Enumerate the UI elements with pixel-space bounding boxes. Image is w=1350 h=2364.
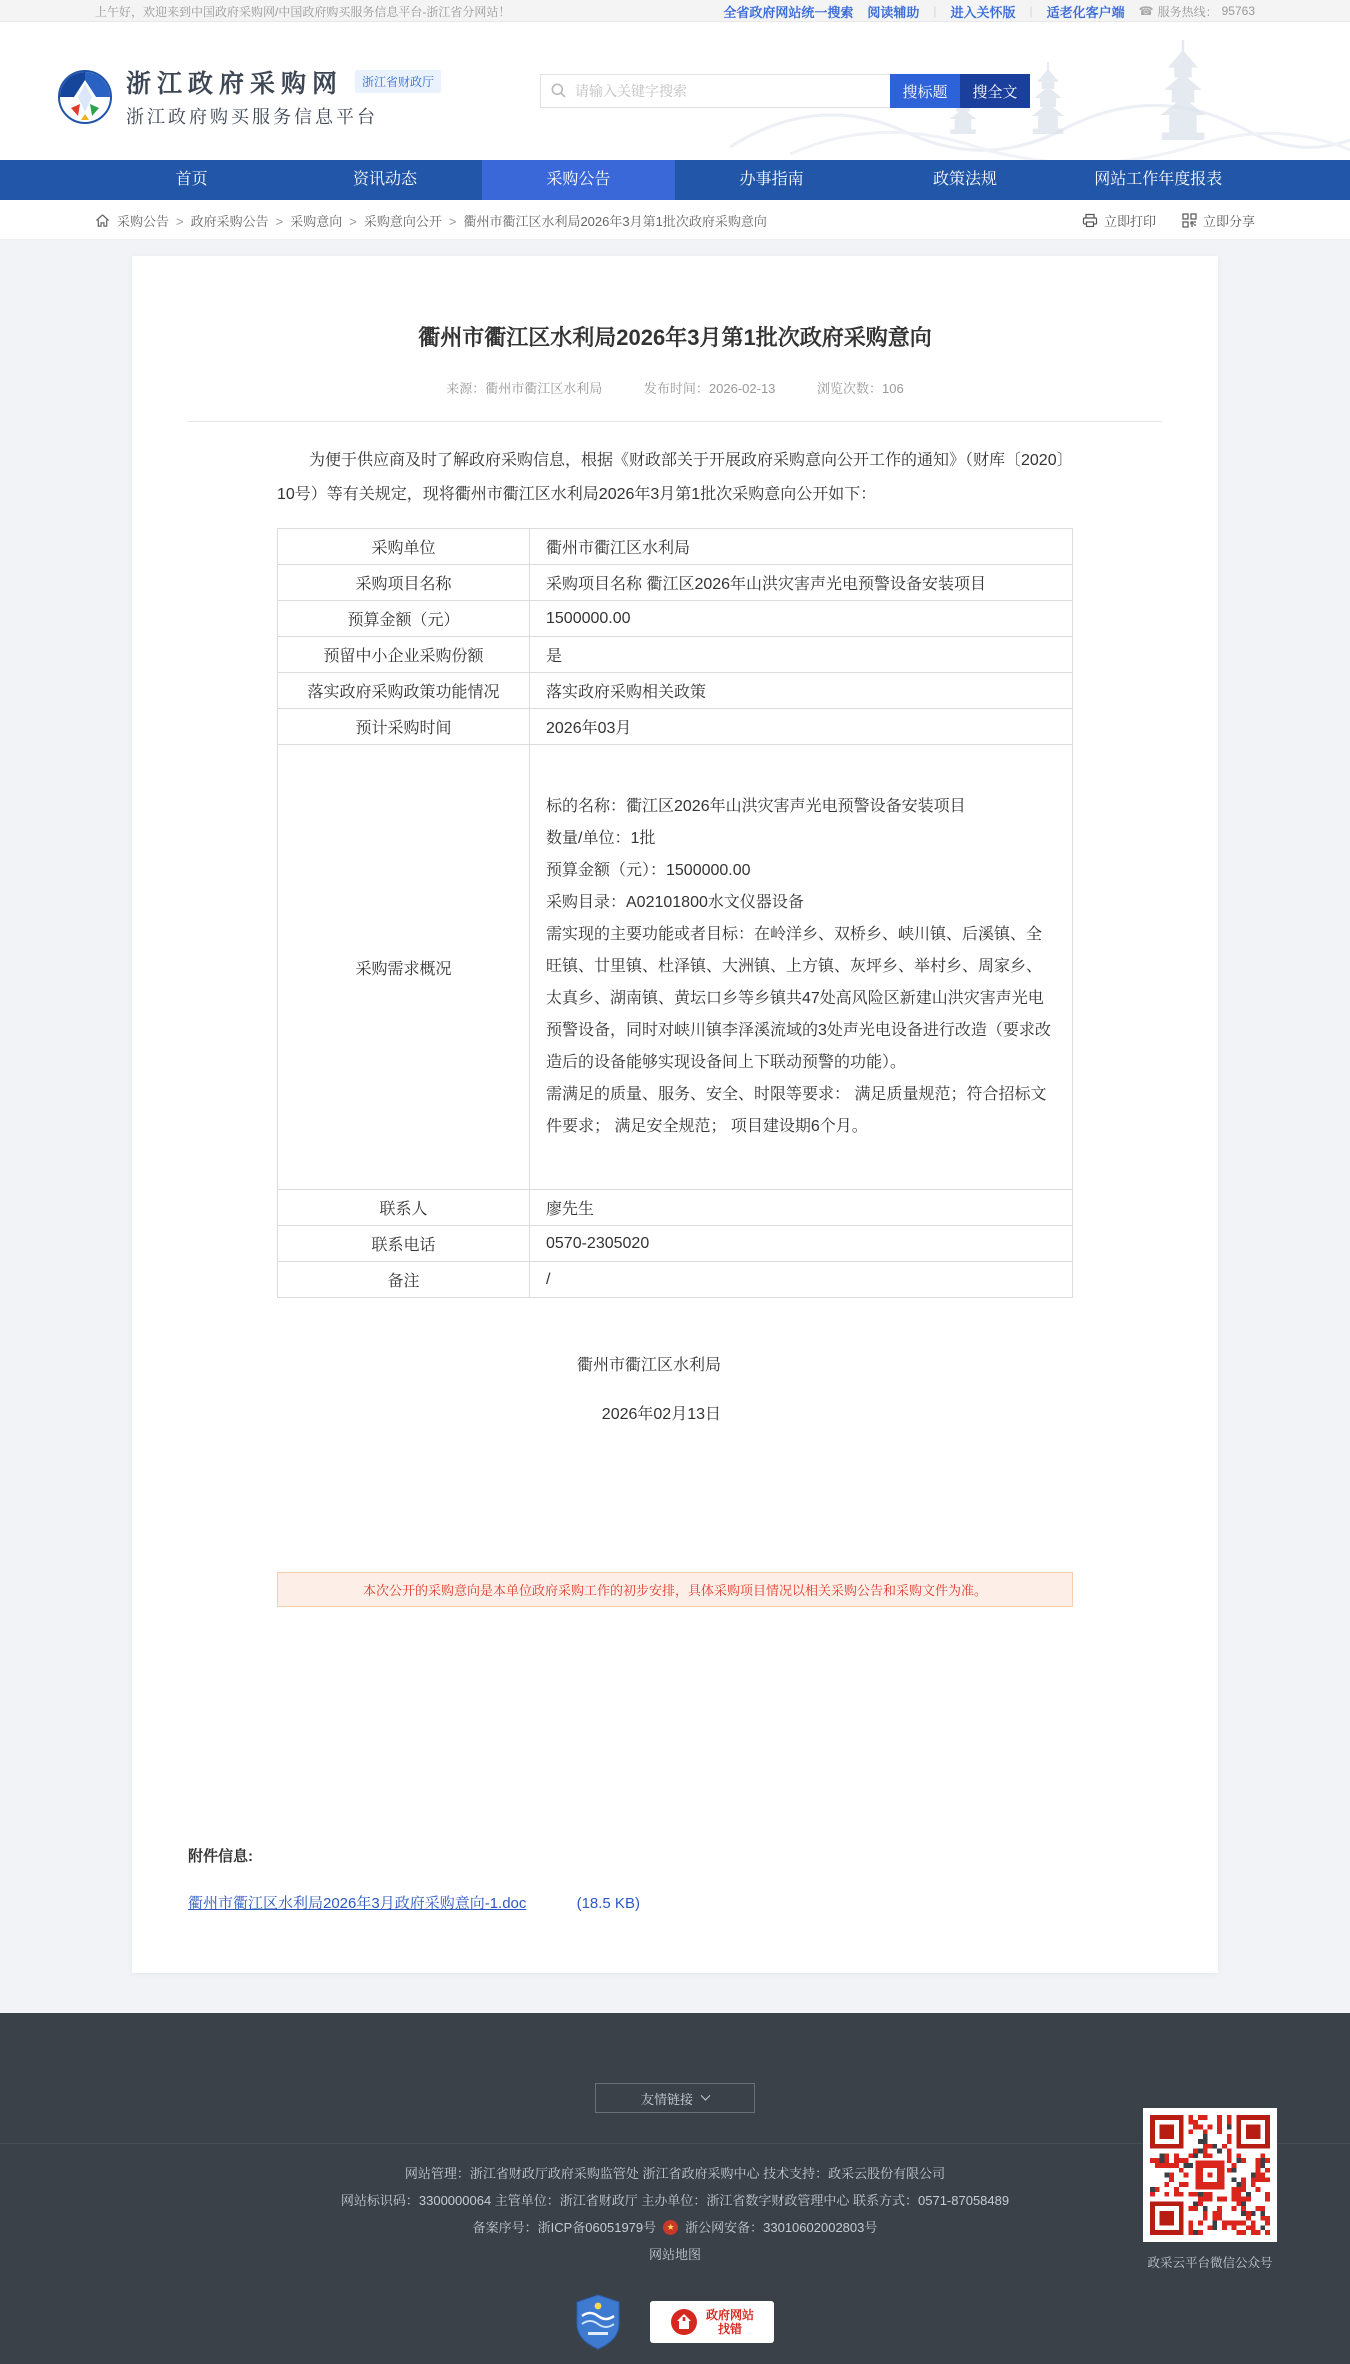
row-value: 是	[530, 637, 1072, 672]
police-record: 浙公网安备：33010602002803号	[685, 2214, 877, 2241]
row-label: 备注	[278, 1262, 530, 1297]
printer-icon	[1082, 213, 1098, 228]
row-label: 预算金额（元）	[278, 601, 530, 636]
row-value: 落实政府采购相关政策	[530, 673, 1072, 708]
site-header: 浙江政府采购网浙江省财政厅 浙江政府购买服务信息平台 搜标题 搜全文	[0, 22, 1350, 160]
site-subtitle: 浙江政府购买服务信息平台	[126, 103, 441, 129]
site-name: 浙江政府采购网	[126, 70, 343, 98]
views-count: 106	[882, 381, 904, 396]
breadcrumb-item[interactable]: 采购意向	[269, 211, 343, 230]
site-error-report-badge[interactable]: 政府网站 找错	[650, 2301, 774, 2343]
row-value: 2026年03月	[530, 709, 1072, 744]
article-card: 衢州市衢江区水利局2026年3月第1批次政府采购意向 来源：衢州市衢江区水利局 …	[132, 256, 1218, 1973]
hotline-number: 95763	[1222, 4, 1255, 18]
share-label: 立即分享	[1203, 211, 1255, 230]
error-badge-icon	[670, 2308, 698, 2336]
row-label: 预留中小企业采购份额	[278, 637, 530, 672]
phone-icon: ☎	[1139, 4, 1154, 18]
header-search: 搜标题 搜全文	[540, 74, 1030, 108]
share-button[interactable]: 立即分享	[1182, 211, 1255, 230]
nav-item-annual-report[interactable]: 网站工作年度报表	[1062, 160, 1255, 200]
row-label: 预计采购时间	[278, 709, 530, 744]
table-row: 落实政府采购政策功能情况 落实政府采购相关政策	[277, 673, 1073, 709]
table-row: 预留中小企业采购份额 是	[277, 637, 1073, 673]
attachment-item: 衢州市衢江区水利局2026年3月政府采购意向-1.doc (18.5 KB)	[188, 1892, 1162, 1913]
service-hotline: ☎ 服务热线：95763	[1139, 3, 1255, 20]
procurement-table: 采购单位 衢州市衢江区水利局 采购项目名称 采购项目名称 衢江区2026年山洪灾…	[277, 528, 1073, 1298]
site-title-row: 浙江政府采购网浙江省财政厅	[126, 64, 441, 100]
search-fulltext-button[interactable]: 搜全文	[960, 74, 1030, 108]
chevron-down-icon	[701, 2090, 711, 2100]
breadcrumb: 采购公告 政府采购公告 采购意向 采购意向公开 衢州市衢江区水利局2026年3月…	[95, 211, 767, 230]
police-emblem-icon: ★	[663, 2220, 678, 2235]
error-badge-line2: 找错	[706, 2322, 754, 2336]
attachments-section: 附件信息: 衢州市衢江区水利局2026年3月政府采购意向-1.doc (18.5…	[188, 1845, 1162, 1913]
views-label: 浏览次数：	[817, 381, 882, 396]
welcome-text: 上午好，欢迎来到中国政府采购网/中国政府购买服务信息平台-浙江省分网站！	[95, 3, 510, 20]
table-row: 联系电话 0570-2305020	[277, 1226, 1073, 1262]
row-label: 联系人	[278, 1190, 530, 1225]
table-row: 备注 /	[277, 1262, 1073, 1298]
site-footer: 友情链接 网站管理：浙江省财政厅政府采购监管处 浙江省政府采购中心 技术支持：政…	[0, 2013, 1350, 2364]
row-value: /	[530, 1262, 1072, 1297]
friend-links-label: 友情链接	[641, 2089, 693, 2108]
signature-org: 衢州市衢江区水利局	[277, 1352, 721, 1375]
topbar-link-elder-client[interactable]: 适老化客户端	[1047, 2, 1125, 21]
site-logo-icon	[58, 70, 112, 124]
document-body: 为便于供应商及时了解政府采购信息，根据《财政部关于开展政府采购意向公开工作的通知…	[277, 444, 1073, 1607]
source-value: 衢州市衢江区水利局	[485, 381, 602, 396]
row-label: 联系电话	[278, 1226, 530, 1261]
row-value: 采购项目名称 衢江区2026年山洪灾害声光电预警设备安装项目	[530, 565, 1072, 600]
table-row: 采购单位 衢州市衢江区水利局	[277, 529, 1073, 565]
nav-item-news[interactable]: 资讯动态	[288, 160, 481, 200]
row-value: 廖先生	[530, 1190, 1072, 1225]
row-label: 采购项目名称	[278, 565, 530, 600]
breadcrumb-item[interactable]: 政府采购公告	[169, 211, 269, 230]
qr-code	[1143, 2108, 1277, 2242]
home-icon[interactable]	[95, 213, 110, 228]
top-utility-bar: 上午好，欢迎来到中国政府采购网/中国政府购买服务信息平台-浙江省分网站！ 全省政…	[0, 0, 1350, 22]
breadcrumb-bar: 采购公告 政府采购公告 采购意向 采购意向公开 衢州市衢江区水利局2026年3月…	[0, 200, 1350, 240]
divider: |	[933, 4, 936, 18]
qr-caption: 政采云平台微信公众号	[1143, 2253, 1277, 2271]
table-row: 联系人 廖先生	[277, 1190, 1073, 1226]
main-nav: 首页 资讯动态 采购公告 办事指南 政策法规 网站工作年度报表	[0, 160, 1350, 200]
footer-badges: 政府网站 找错	[576, 2294, 774, 2350]
main-content: 衢州市衢江区水利局2026年3月第1批次政府采购意向 来源：衢州市衢江区水利局 …	[0, 240, 1350, 2013]
table-row: 预算金额（元） 1500000.00	[277, 601, 1073, 637]
article-meta: 来源：衢州市衢江区水利局 发布时间：2026-02-13 浏览次数：106	[132, 378, 1218, 397]
row-label: 采购单位	[278, 529, 530, 564]
topbar-link-reading-aid[interactable]: 阅读辅助	[867, 2, 919, 21]
wechat-qr-block: 政采云平台微信公众号	[1143, 2108, 1277, 2271]
finance-dept-badge: 浙江省财政厅	[355, 70, 441, 93]
topbar-link-care-version[interactable]: 进入关怀版	[951, 2, 1016, 21]
attachment-size: (18.5 KB)	[577, 1895, 640, 1912]
print-button[interactable]: 立即打印	[1082, 211, 1156, 230]
attachment-link[interactable]: 衢州市衢江区水利局2026年3月政府采购意向-1.doc	[188, 1895, 526, 1912]
disclaimer-notice: 本次公开的采购意向是本单位政府采购工作的初步安排，具体采购项目情况以相关采购公告…	[277, 1572, 1073, 1607]
nav-item-policies[interactable]: 政策法规	[868, 160, 1061, 200]
search-icon	[551, 83, 566, 98]
article-title: 衢州市衢江区水利局2026年3月第1批次政府采购意向	[188, 321, 1162, 352]
row-value: 1500000.00	[530, 601, 1072, 636]
publish-date: 2026-02-13	[709, 381, 776, 396]
row-label: 落实政府采购政策功能情况	[278, 673, 530, 708]
signature-block: 衢州市衢江区水利局 2026年02月13日	[277, 1352, 1073, 1424]
row-label: 采购需求概况	[278, 745, 530, 1189]
signature-date: 2026年02月13日	[277, 1401, 721, 1424]
publish-label: 发布时间：	[644, 381, 709, 396]
print-label: 立即打印	[1104, 211, 1156, 230]
meta-divider	[188, 421, 1162, 422]
table-row: 采购项目名称 采购项目名称 衢江区2026年山洪灾害声光电预警设备安装项目	[277, 565, 1073, 601]
row-value: 0570-2305020	[530, 1226, 1072, 1261]
icp-record: 备案序号：浙ICP备06051979号	[473, 2214, 657, 2241]
breadcrumb-item[interactable]: 采购公告	[117, 211, 169, 230]
sitemap-link[interactable]: 网站地图	[649, 2247, 701, 2262]
friend-links-dropdown[interactable]: 友情链接	[595, 2083, 755, 2113]
error-badge-line1: 政府网站	[706, 2308, 754, 2322]
attachments-label: 附件信息:	[188, 1845, 1162, 1866]
intro-paragraph: 为便于供应商及时了解政府采购信息，根据《财政部关于开展政府采购意向公开工作的通知…	[277, 444, 1073, 512]
search-title-button[interactable]: 搜标题	[890, 74, 960, 108]
institution-badge-icon[interactable]	[576, 2294, 620, 2350]
hotline-label: 服务热线：	[1158, 3, 1218, 20]
breadcrumb-item-current: 衢州市衢江区水利局2026年3月第1批次政府采购意向	[442, 211, 767, 230]
nav-item-procurement-notices[interactable]: 采购公告	[482, 160, 675, 200]
topbar-link-unified-search[interactable]: 全省政府网站统一搜索	[723, 2, 853, 21]
source-label: 来源：	[446, 381, 485, 396]
table-row: 预计采购时间 2026年03月	[277, 709, 1073, 745]
qrcode-icon	[1182, 213, 1197, 228]
row-value: 衢州市衢江区水利局	[530, 529, 1072, 564]
breadcrumb-item[interactable]: 采购意向公开	[342, 211, 442, 230]
nav-item-service-guide[interactable]: 办事指南	[675, 160, 868, 200]
search-input[interactable]	[540, 74, 890, 108]
row-value: 标的名称：衢江区2026年山洪灾害声光电预警设备安装项目 数量/单位：1批 预算…	[530, 745, 1072, 1189]
divider: |	[1030, 4, 1033, 18]
table-row-demand-overview: 采购需求概况 标的名称：衢江区2026年山洪灾害声光电预警设备安装项目 数量/单…	[277, 745, 1073, 1190]
nav-item-home[interactable]: 首页	[95, 160, 288, 200]
